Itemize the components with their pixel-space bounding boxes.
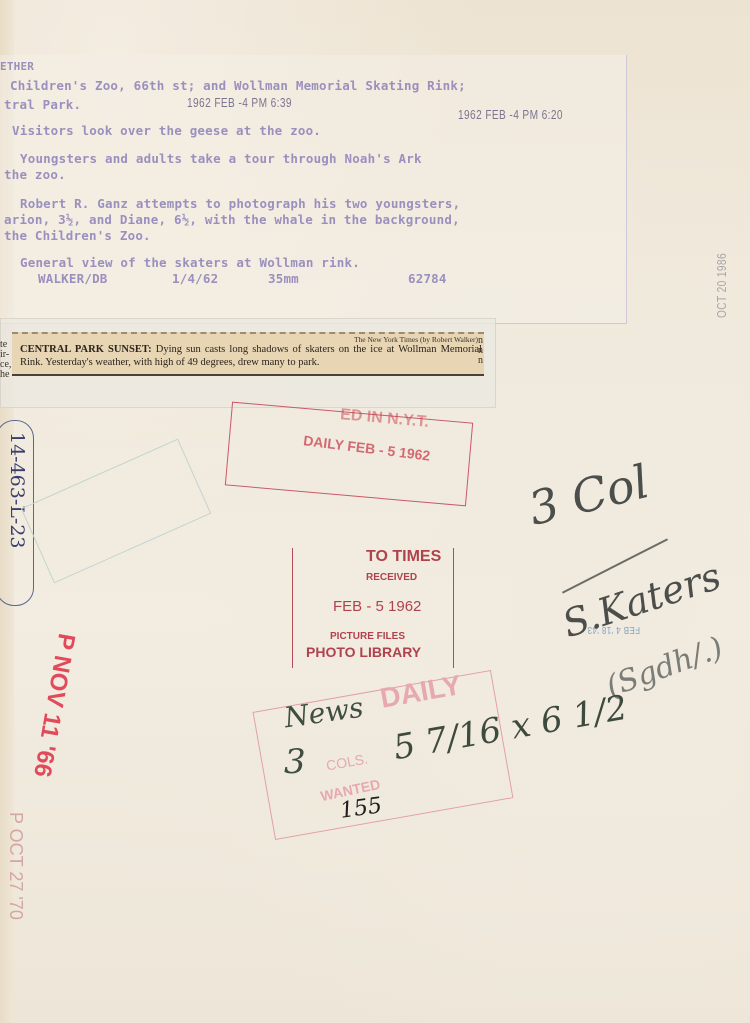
newspaper-clipping: The New York Times (by Robert Walker) CE… [12, 332, 484, 376]
side-date-stamp: OCT 20 1986 [714, 253, 729, 318]
clipping-fragment-left: teir-ce,he [0, 340, 11, 380]
oct-date-stamp: P OCT 27 '70 [5, 812, 26, 920]
credit-number: 62784 [408, 271, 447, 286]
received-timestamp-2: 1962 FEB -4 PM 6:20 [458, 107, 563, 122]
times-stamp-date: FEB - 5 1962 [333, 598, 421, 615]
times-stamp-picture-files: PICTURE FILES [330, 631, 405, 642]
handwritten-cols: 3 Col [523, 454, 654, 536]
photo-back-page: ETHER Children's Zoo, 66th st; and Wollm… [0, 0, 750, 1023]
received-timestamp-1: 1962 FEB -4 PM 6:39 [187, 95, 292, 110]
circled-reference: 14-463-L-23 [6, 432, 28, 549]
faded-green-stamp [21, 439, 211, 584]
caption-line-2: tral Park. [4, 97, 81, 112]
handwritten-subject: S.Katers [557, 554, 726, 646]
clipping-headline: CENTRAL PARK SUNSET: [20, 344, 152, 355]
caption-line-4: Youngsters and adults take a tour throug… [20, 151, 422, 166]
handwritten-three: 3 [284, 742, 306, 782]
caption-line-1: Children's Zoo, 66th st; and Wollman Mem… [10, 78, 466, 93]
caption-line-0: ETHER [0, 60, 34, 73]
typed-caption-sheet: ETHER Children's Zoo, 66th st; and Wollm… [0, 55, 627, 324]
credit-photographer: WALKER/DB [38, 271, 108, 286]
nov-date-stamp: P NOV 11 '66 [27, 631, 80, 779]
caption-line-7: arion, 3½, and Diane, 6½, with the whale… [4, 212, 460, 227]
credit-format: 35mm [268, 271, 299, 286]
clipping-caption: CENTRAL PARK SUNSET: Dying sun casts lon… [20, 344, 482, 369]
caption-line-8: the Children's Zoo. [4, 228, 151, 243]
caption-line-6: Robert R. Ganz attempts to photograph hi… [20, 196, 460, 211]
caption-line-9: General view of the skaters at Wollman r… [20, 255, 360, 270]
times-stamp-received: RECEIVED [366, 572, 417, 583]
caption-line-3: Visitors look over the geese at the zoo. [12, 123, 321, 138]
clipping-credit: The New York Times (by Robert Walker) [354, 335, 478, 344]
times-stamp-title: TO TIMES [366, 548, 441, 566]
credit-date: 1/4/62 [172, 271, 218, 286]
caption-line-5: the zoo. [4, 167, 66, 182]
times-stamp-photo-library: PHOTO LIBRARY [306, 644, 421, 660]
clipping-fragment-right: nnn [478, 336, 483, 366]
small-blue-stamp: FEB 4 '18 '43 [587, 624, 640, 635]
